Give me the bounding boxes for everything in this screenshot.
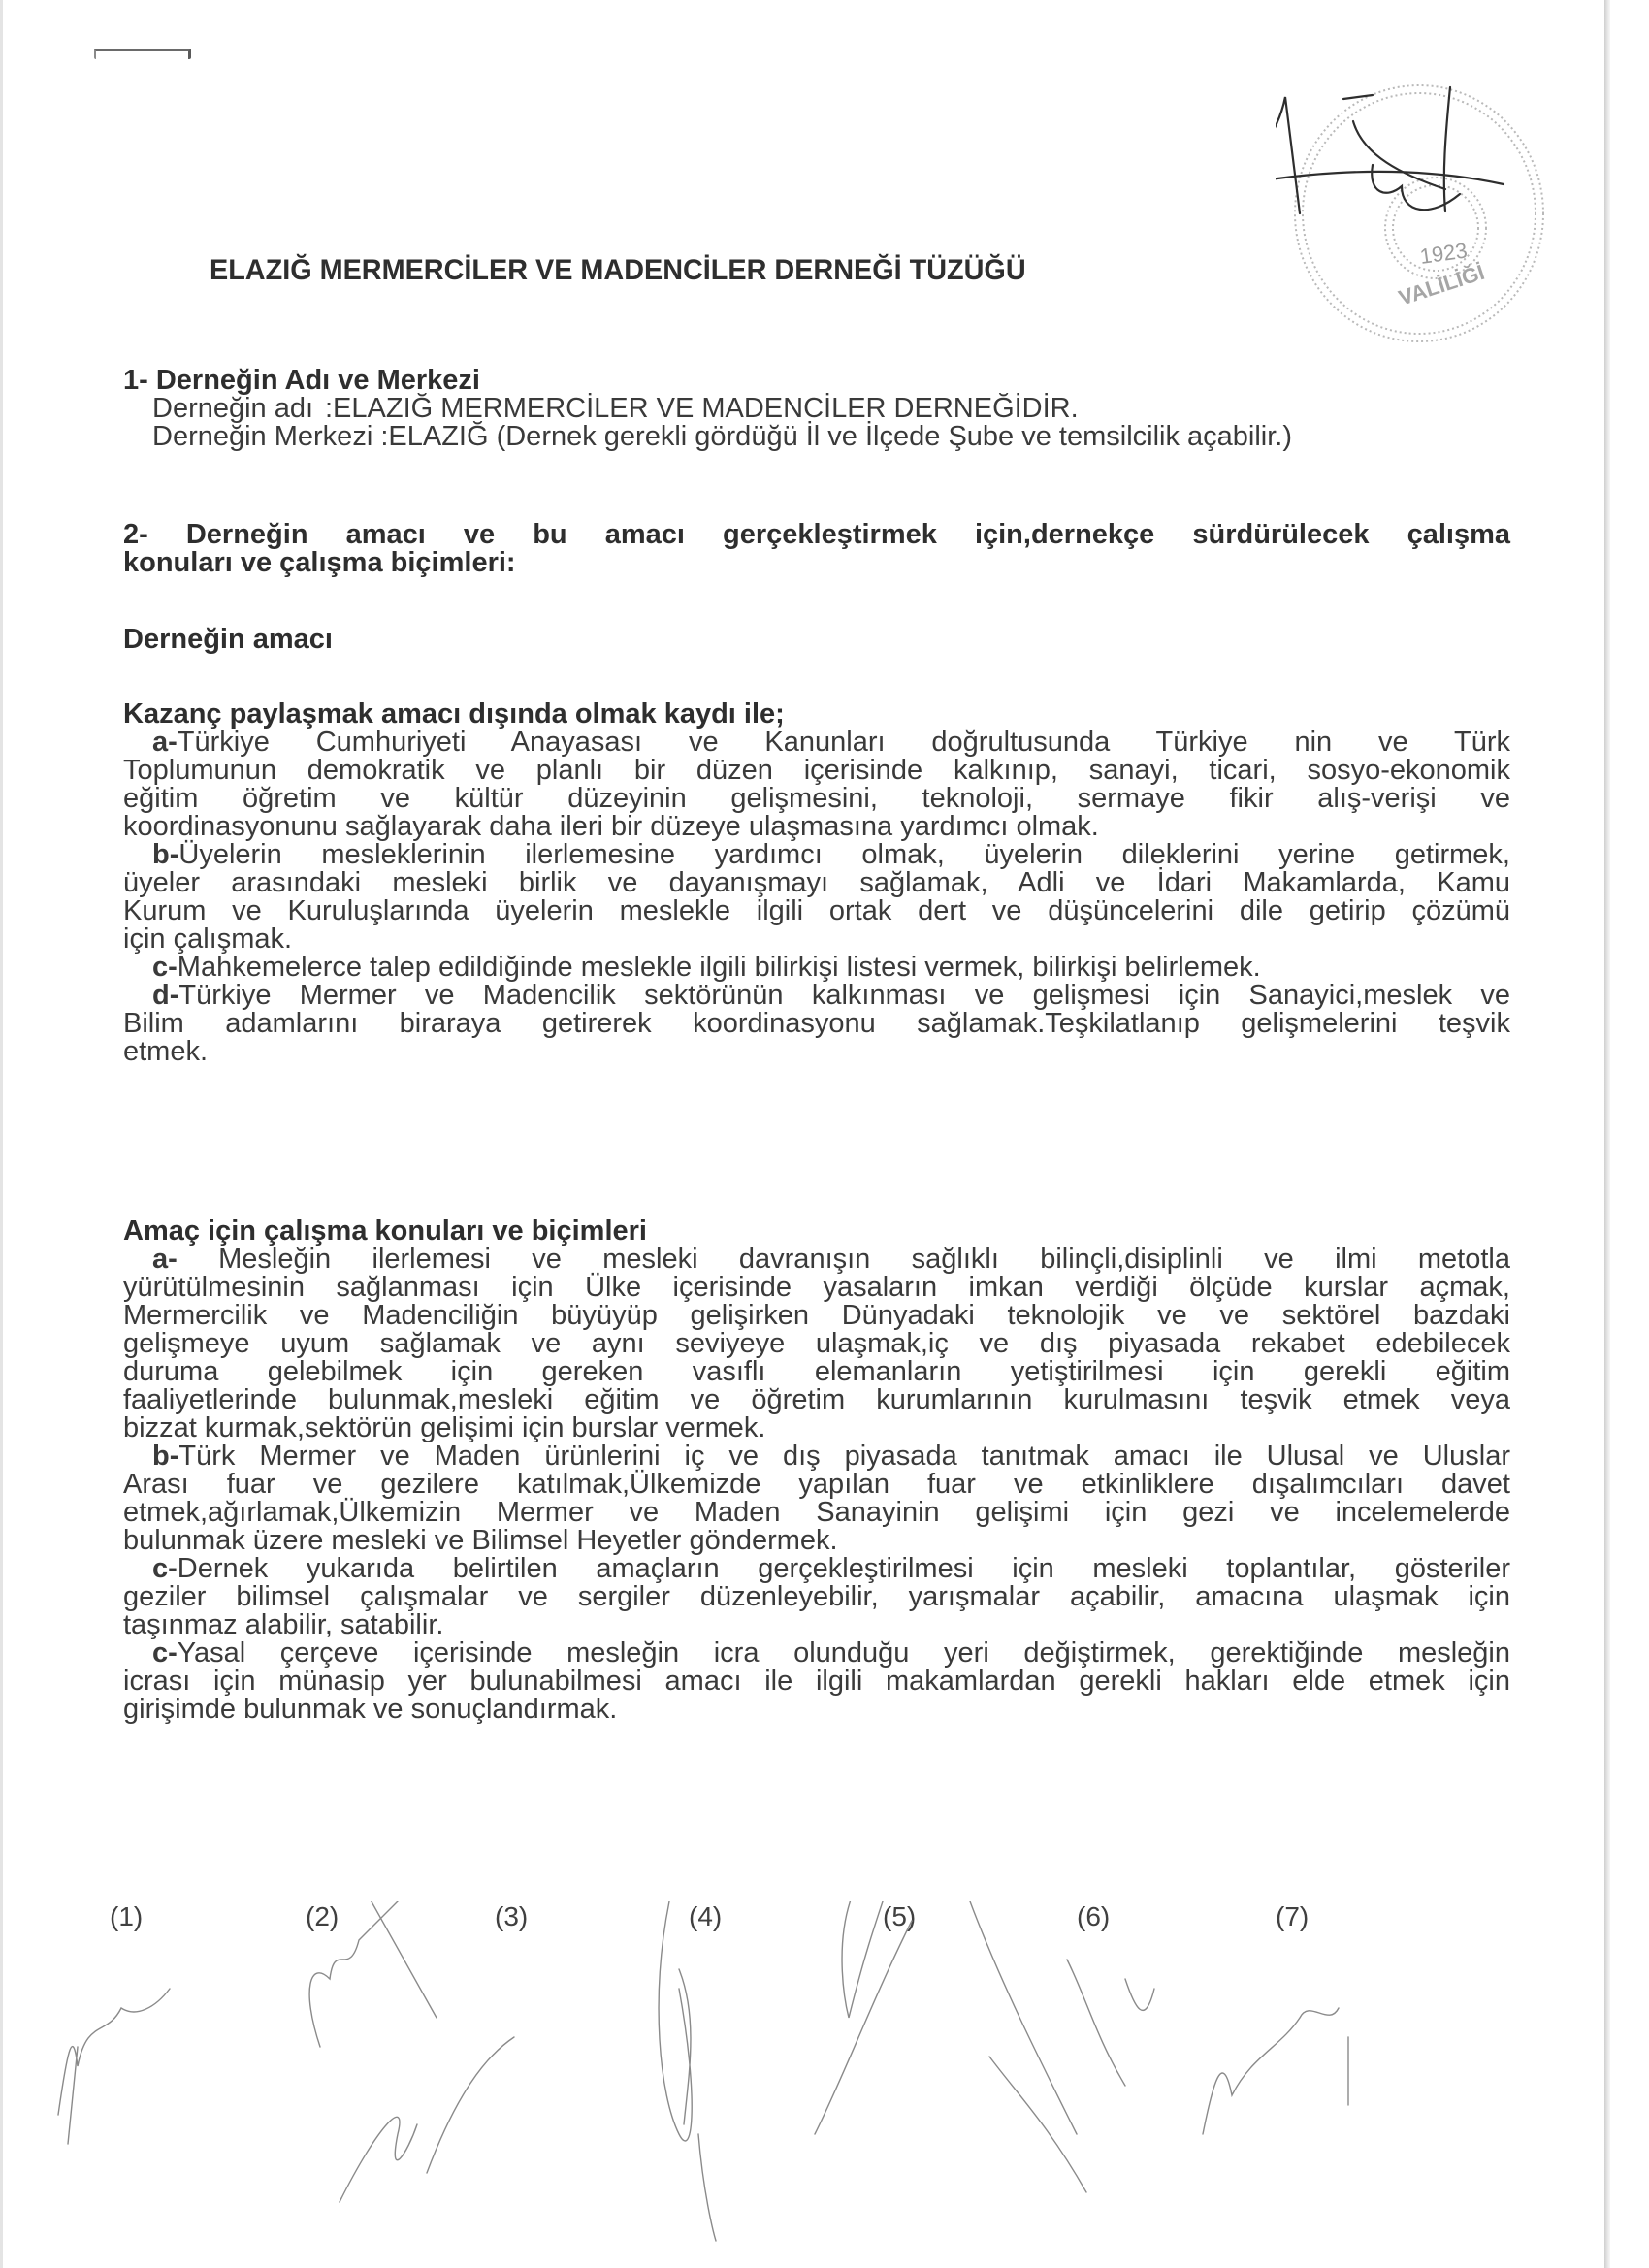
purpose-item-line: koordinasyonunu sağlayarak daha ileri bi… — [123, 813, 1510, 841]
purpose-heading-block: Derneğin amacı — [123, 626, 1510, 654]
method-item-text: bizzat kurmak,sektörün gelişimi için bur… — [123, 1412, 765, 1443]
purpose-item-text: koordinasyonunu sağlayarak daha ileri bi… — [123, 811, 1099, 842]
purpose-item-line: Kurum ve Kuruluşlarında üyelerin meslekl… — [123, 897, 1510, 925]
method-item-text: Mermercilik ve Madenciliğin büyüyüp geli… — [123, 1300, 1510, 1331]
purpose-item-line: d-Türkiye Mermer ve Madencilik sektörünü… — [123, 982, 1510, 1010]
method-item-text: bulunmak üzere mesleki ve Bilimsel Heyet… — [123, 1525, 838, 1556]
method-item-label: a- — [152, 1244, 178, 1275]
purpose-item-label: c- — [152, 952, 178, 983]
methods-heading-block: Amaç için çalışma konuları ve biçimleri — [123, 1217, 1510, 1246]
purpose-item-label: a- — [152, 727, 178, 758]
method-item-text: yürütülmesinin sağlanması için Ülke içer… — [123, 1272, 1510, 1303]
stamp-year: 1923 — [1418, 238, 1469, 269]
signature-area: (1)(2)(3)(4)(5)(6)(7) — [0, 1901, 1649, 2251]
method-item-text: icrası için münasip yer bulunabilmesi am… — [123, 1666, 1510, 1697]
methods-list: a- Mesleğin ilerlemesi ve mesleki davran… — [123, 1246, 1510, 1724]
stamp-text: VALİLİĞİ — [1396, 260, 1488, 310]
method-item-line: icrası için münasip yer bulunabilmesi am… — [123, 1668, 1510, 1696]
association-center-label: Derneğin Merkezi — [152, 421, 372, 452]
purpose-item-line: üyeler arasındaki mesleki birlik ve daya… — [123, 869, 1510, 897]
purpose-item-line: Bilim adamlarını biraraya getirerek koor… — [123, 1010, 1510, 1038]
method-item-line: gelişmeye uyum sağlamak ve aynı seviyeye… — [123, 1330, 1510, 1358]
purpose-item-text: Türkiye Cumhuriyeti Anayasası ve Kanunla… — [178, 727, 1510, 758]
section-2-heading-line1: 2- Derneğin amacı ve bu amacı gerçekleşt… — [123, 521, 1510, 549]
method-item-line: etmek,ağırlamak,Ülkemizin Mermer ve Made… — [123, 1499, 1510, 1527]
signature-4 — [659, 1901, 716, 2241]
method-item-line: Arası fuar ve gezilere katılmak,Ülkemizd… — [123, 1471, 1510, 1499]
section-1: 1- Derneğin Adı ve Merkezi Derneğin adı:… — [123, 367, 1510, 451]
condition-heading-block: Kazanç paylaşmak amacı dışında olmak kay… — [123, 700, 1510, 729]
method-item-line: yürütülmesinin sağlanması için Ülke içer… — [123, 1274, 1510, 1302]
method-item-label: c- — [152, 1553, 178, 1584]
association-center-row: Derneğin Merkezi :ELAZIĞ (Dernek gerekli… — [123, 423, 1510, 451]
association-name-value: :ELAZIĞ MERMERCİLER VE MADENCİLER DERNEĞ… — [325, 393, 1079, 424]
method-item-line: Mermercilik ve Madenciliğin büyüyüp geli… — [123, 1302, 1510, 1330]
method-item-text: faaliyetlerinde bulunmak,mesleki eğitim … — [123, 1384, 1510, 1415]
signature-3 — [339, 2037, 514, 2202]
purpose-item-text: Üyelerin mesleklerinin ilerlemesine yard… — [178, 839, 1510, 870]
purpose-item-text: Türkiye Mermer ve Madencilik sektörünün … — [178, 980, 1510, 1011]
purpose-item-text: için çalışmak. — [123, 923, 292, 955]
method-item-line: b-Türk Mermer ve Maden ürünlerini iç ve … — [123, 1442, 1510, 1471]
method-item-text: duruma gelebilmek için gereken vasıflı e… — [123, 1356, 1510, 1387]
signature-6 — [970, 1901, 1154, 2192]
method-item-text: Dernek yukarıda belirtilen amaçların ger… — [178, 1553, 1510, 1584]
purpose-heading: Derneğin amacı — [123, 626, 1510, 654]
section-2-heading-line2: konuları ve çalışma biçimleri: — [123, 549, 1510, 577]
purpose-item-text: Bilim adamlarını biraraya getirerek koor… — [123, 1008, 1510, 1039]
section-1-heading: 1- Derneğin Adı ve Merkezi — [123, 367, 1510, 395]
purpose-item-line: eğitim öğretim ve kültür düzeyinin geliş… — [123, 785, 1510, 813]
method-item-label: b- — [152, 1441, 178, 1472]
method-item-line: faaliyetlerinde bulunmak,mesleki eğitim … — [123, 1386, 1510, 1414]
purpose-item-label: d- — [152, 980, 178, 1011]
association-name-label: Derneğin adı — [152, 395, 325, 423]
purpose-item-line: Toplumunun demokratik ve planlı bir düze… — [123, 757, 1510, 785]
method-item-line: girişimde bulunmak ve sonuçlandırmak. — [123, 1696, 1510, 1724]
method-item-line: c-Yasal çerçeve içerisinde mesleğin icra… — [123, 1639, 1510, 1668]
handwritten-signatures — [0, 1901, 1649, 2251]
purpose-item-line: için çalışmak. — [123, 925, 1510, 954]
association-name-row: Derneğin adı:ELAZIĞ MERMERCİLER VE MADEN… — [123, 395, 1510, 423]
method-item-label: c- — [152, 1637, 178, 1669]
method-item-text: Mesleğin ilerlemesi ve mesleki davranışı… — [178, 1244, 1510, 1275]
purpose-item-line: c-Mahkemelerce talep edildiğinde meslekl… — [123, 954, 1510, 982]
official-stamp: 1923 VALİLİĞİ — [1276, 78, 1552, 354]
method-item-text: girişimde bulunmak ve sonuçlandırmak. — [123, 1694, 617, 1725]
purpose-item-text: Kurum ve Kuruluşlarında üyelerin meslekl… — [123, 895, 1510, 926]
method-item-text: taşınmaz alabilir, satabilir. — [123, 1609, 443, 1640]
purpose-item-text: üyeler arasındaki mesleki birlik ve daya… — [123, 867, 1510, 898]
signature-5 — [815, 1901, 912, 2134]
method-item-text: Türk Mermer ve Maden ürünlerini iç ve dı… — [178, 1441, 1510, 1472]
purpose-item-label: b- — [152, 839, 178, 870]
association-center-value: :ELAZIĞ (Dernek gerekli gördüğü İl ve İl… — [380, 421, 1292, 452]
condition-heading: Kazanç paylaşmak amacı dışında olmak kay… — [123, 700, 1510, 729]
method-item-line: bizzat kurmak,sektörün gelişimi için bur… — [123, 1414, 1510, 1442]
method-item-text: Yasal çerçeve içerisinde mesleğin icra o… — [178, 1637, 1510, 1669]
method-item-line: geziler bilimsel çalışmalar ve sergiler … — [123, 1583, 1510, 1611]
method-item-line: c-Dernek yukarıda belirtilen amaçların g… — [123, 1555, 1510, 1583]
purposes-list: a-Türkiye Cumhuriyeti Anayasası ve Kanun… — [123, 729, 1510, 1066]
staple-mark — [94, 49, 191, 59]
method-item-text: Arası fuar ve gezilere katılmak,Ülkemizd… — [123, 1469, 1510, 1500]
document-title: ELAZIĞ MERMERCİLER VE MADENCİLER DERNEĞİ… — [210, 254, 1026, 287]
purpose-item-line: a-Türkiye Cumhuriyeti Anayasası ve Kanun… — [123, 729, 1510, 757]
purpose-item-text: Toplumunun demokratik ve planlı bir düze… — [123, 755, 1510, 786]
purpose-item-text: Mahkemelerce talep edildiğinde meslekle … — [178, 952, 1261, 983]
method-item-text: gelişmeye uyum sağlamak ve aynı seviyeye… — [123, 1328, 1510, 1359]
method-item-text: etmek,ağırlamak,Ülkemizin Mermer ve Made… — [123, 1497, 1510, 1528]
method-item-line: a- Mesleğin ilerlemesi ve mesleki davran… — [123, 1246, 1510, 1274]
purpose-item-text: etmek. — [123, 1036, 208, 1067]
purpose-item-text: eğitim öğretim ve kültür düzeyinin geliş… — [123, 783, 1510, 814]
signature-1 — [58, 1989, 170, 2144]
method-item-text: geziler bilimsel çalışmalar ve sergiler … — [123, 1581, 1510, 1612]
purpose-item-line: b-Üyelerin mesleklerinin ilerlemesine ya… — [123, 841, 1510, 869]
method-item-line: taşınmaz alabilir, satabilir. — [123, 1611, 1510, 1639]
method-item-line: bulunmak üzere mesleki ve Bilimsel Heyet… — [123, 1527, 1510, 1555]
methods-heading: Amaç için çalışma konuları ve biçimleri — [123, 1217, 1510, 1246]
section-2-heading: 2- Derneğin amacı ve bu amacı gerçekleşt… — [123, 521, 1510, 577]
method-item-line: duruma gelebilmek için gereken vasıflı e… — [123, 1358, 1510, 1386]
signature-2 — [309, 1901, 436, 2047]
signature-7 — [1203, 2008, 1348, 2134]
purpose-item-line: etmek. — [123, 1038, 1510, 1066]
